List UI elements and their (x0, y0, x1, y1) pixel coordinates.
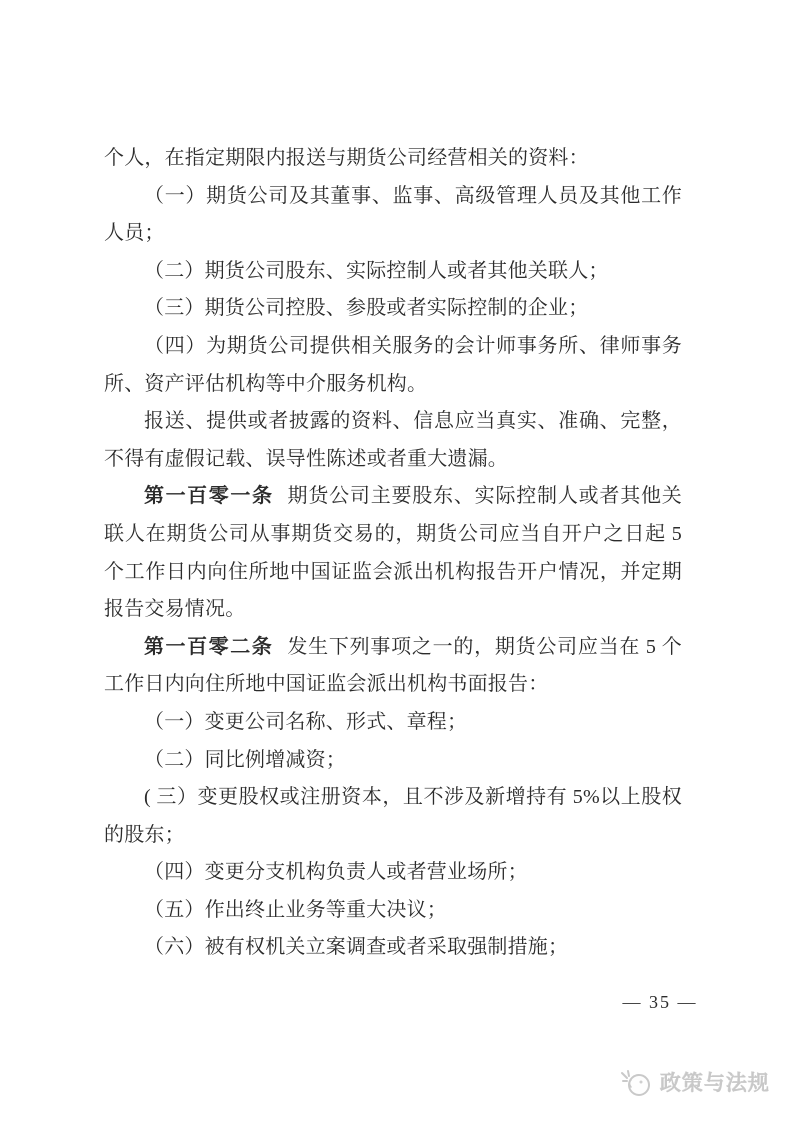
paragraph-text: （二）期货公司股东、实际控制人或者其他关联人； (144, 260, 609, 282)
watermark-mascot-icon (619, 1066, 653, 1098)
paragraph-text: （一）期货公司及其董事、监事、高级管理人员及其他工作人员； (104, 185, 682, 245)
paragraph: （一）变更公司名称、形式、章程； (104, 704, 682, 742)
paragraph: （四）为期货公司提供相关服务的会计师事务所、律师事务所、资产评估机构等中介服务机… (104, 328, 682, 403)
paragraph-text: 报送、提供或者披露的资料、信息应当真实、准确、完整，不得有虚假记载、误导性陈述或… (104, 410, 682, 470)
paragraph-text: （六）被有权机关立案调查或者采取强制措施； (144, 936, 568, 958)
document-page: 个人，在指定期限内报送与期货公司经营相关的资料：（一）期货公司及其董事、监事、高… (0, 0, 794, 1123)
paragraph-text: （五）作出终止业务等重大决议； (144, 899, 447, 921)
watermark-label: 政策与法规 (660, 1067, 770, 1097)
paragraph-text: ( 三）变更股权或注册资本，且不涉及新增持有 5%以上股权的股东； (104, 786, 682, 846)
paragraph-text: 个人，在指定期限内报送与期货公司经营相关的资料： (104, 147, 589, 169)
paragraph-text: （四）为期货公司提供相关服务的会计师事务所、律师事务所、资产评估机构等中介服务机… (104, 335, 682, 395)
watermark: 政策与法规 (619, 1066, 770, 1098)
page-number: — 35 — (600, 992, 720, 1013)
paragraph: （四）变更分支机构负责人或者营业场所； (104, 854, 682, 892)
paragraph: （一）期货公司及其董事、监事、高级管理人员及其他工作人员； (104, 178, 682, 253)
paragraph: （六）被有权机关立案调查或者采取强制措施； (104, 929, 682, 967)
paragraph: ( 三）变更股权或注册资本，且不涉及新增持有 5%以上股权的股东； (104, 779, 682, 854)
paragraph-text: （四）变更分支机构负责人或者营业场所； (144, 861, 528, 883)
paragraph-text: （二）同比例增减资； (144, 749, 346, 771)
paragraph: （二）期货公司股东、实际控制人或者其他关联人； (104, 253, 682, 291)
paragraph: 报送、提供或者披露的资料、信息应当真实、准确、完整，不得有虚假记载、误导性陈述或… (104, 403, 682, 478)
paragraph-text: （三）期货公司控股、参股或者实际控制的企业； (144, 297, 588, 319)
paragraph: （二）同比例增减资； (104, 742, 682, 780)
article-number: 第一百零一条 (144, 485, 274, 507)
paragraph: 第一百零一条期货公司主要股东、实际控制人或者其他关联人在期货公司从事期货交易的，… (104, 478, 682, 628)
article-number: 第一百零二条 (144, 636, 273, 658)
paragraph: （三）期货公司控股、参股或者实际控制的企业； (104, 290, 682, 328)
document-body: 个人，在指定期限内报送与期货公司经营相关的资料：（一）期货公司及其董事、监事、高… (104, 140, 682, 967)
paragraph: 个人，在指定期限内报送与期货公司经营相关的资料： (104, 140, 682, 178)
paragraph: （五）作出终止业务等重大决议； (104, 892, 682, 930)
paragraph: 第一百零二条发生下列事项之一的，期货公司应当在 5 个工作日内向住所地中国证监会… (104, 629, 682, 704)
paragraph-text: （一）变更公司名称、形式、章程； (144, 711, 467, 733)
